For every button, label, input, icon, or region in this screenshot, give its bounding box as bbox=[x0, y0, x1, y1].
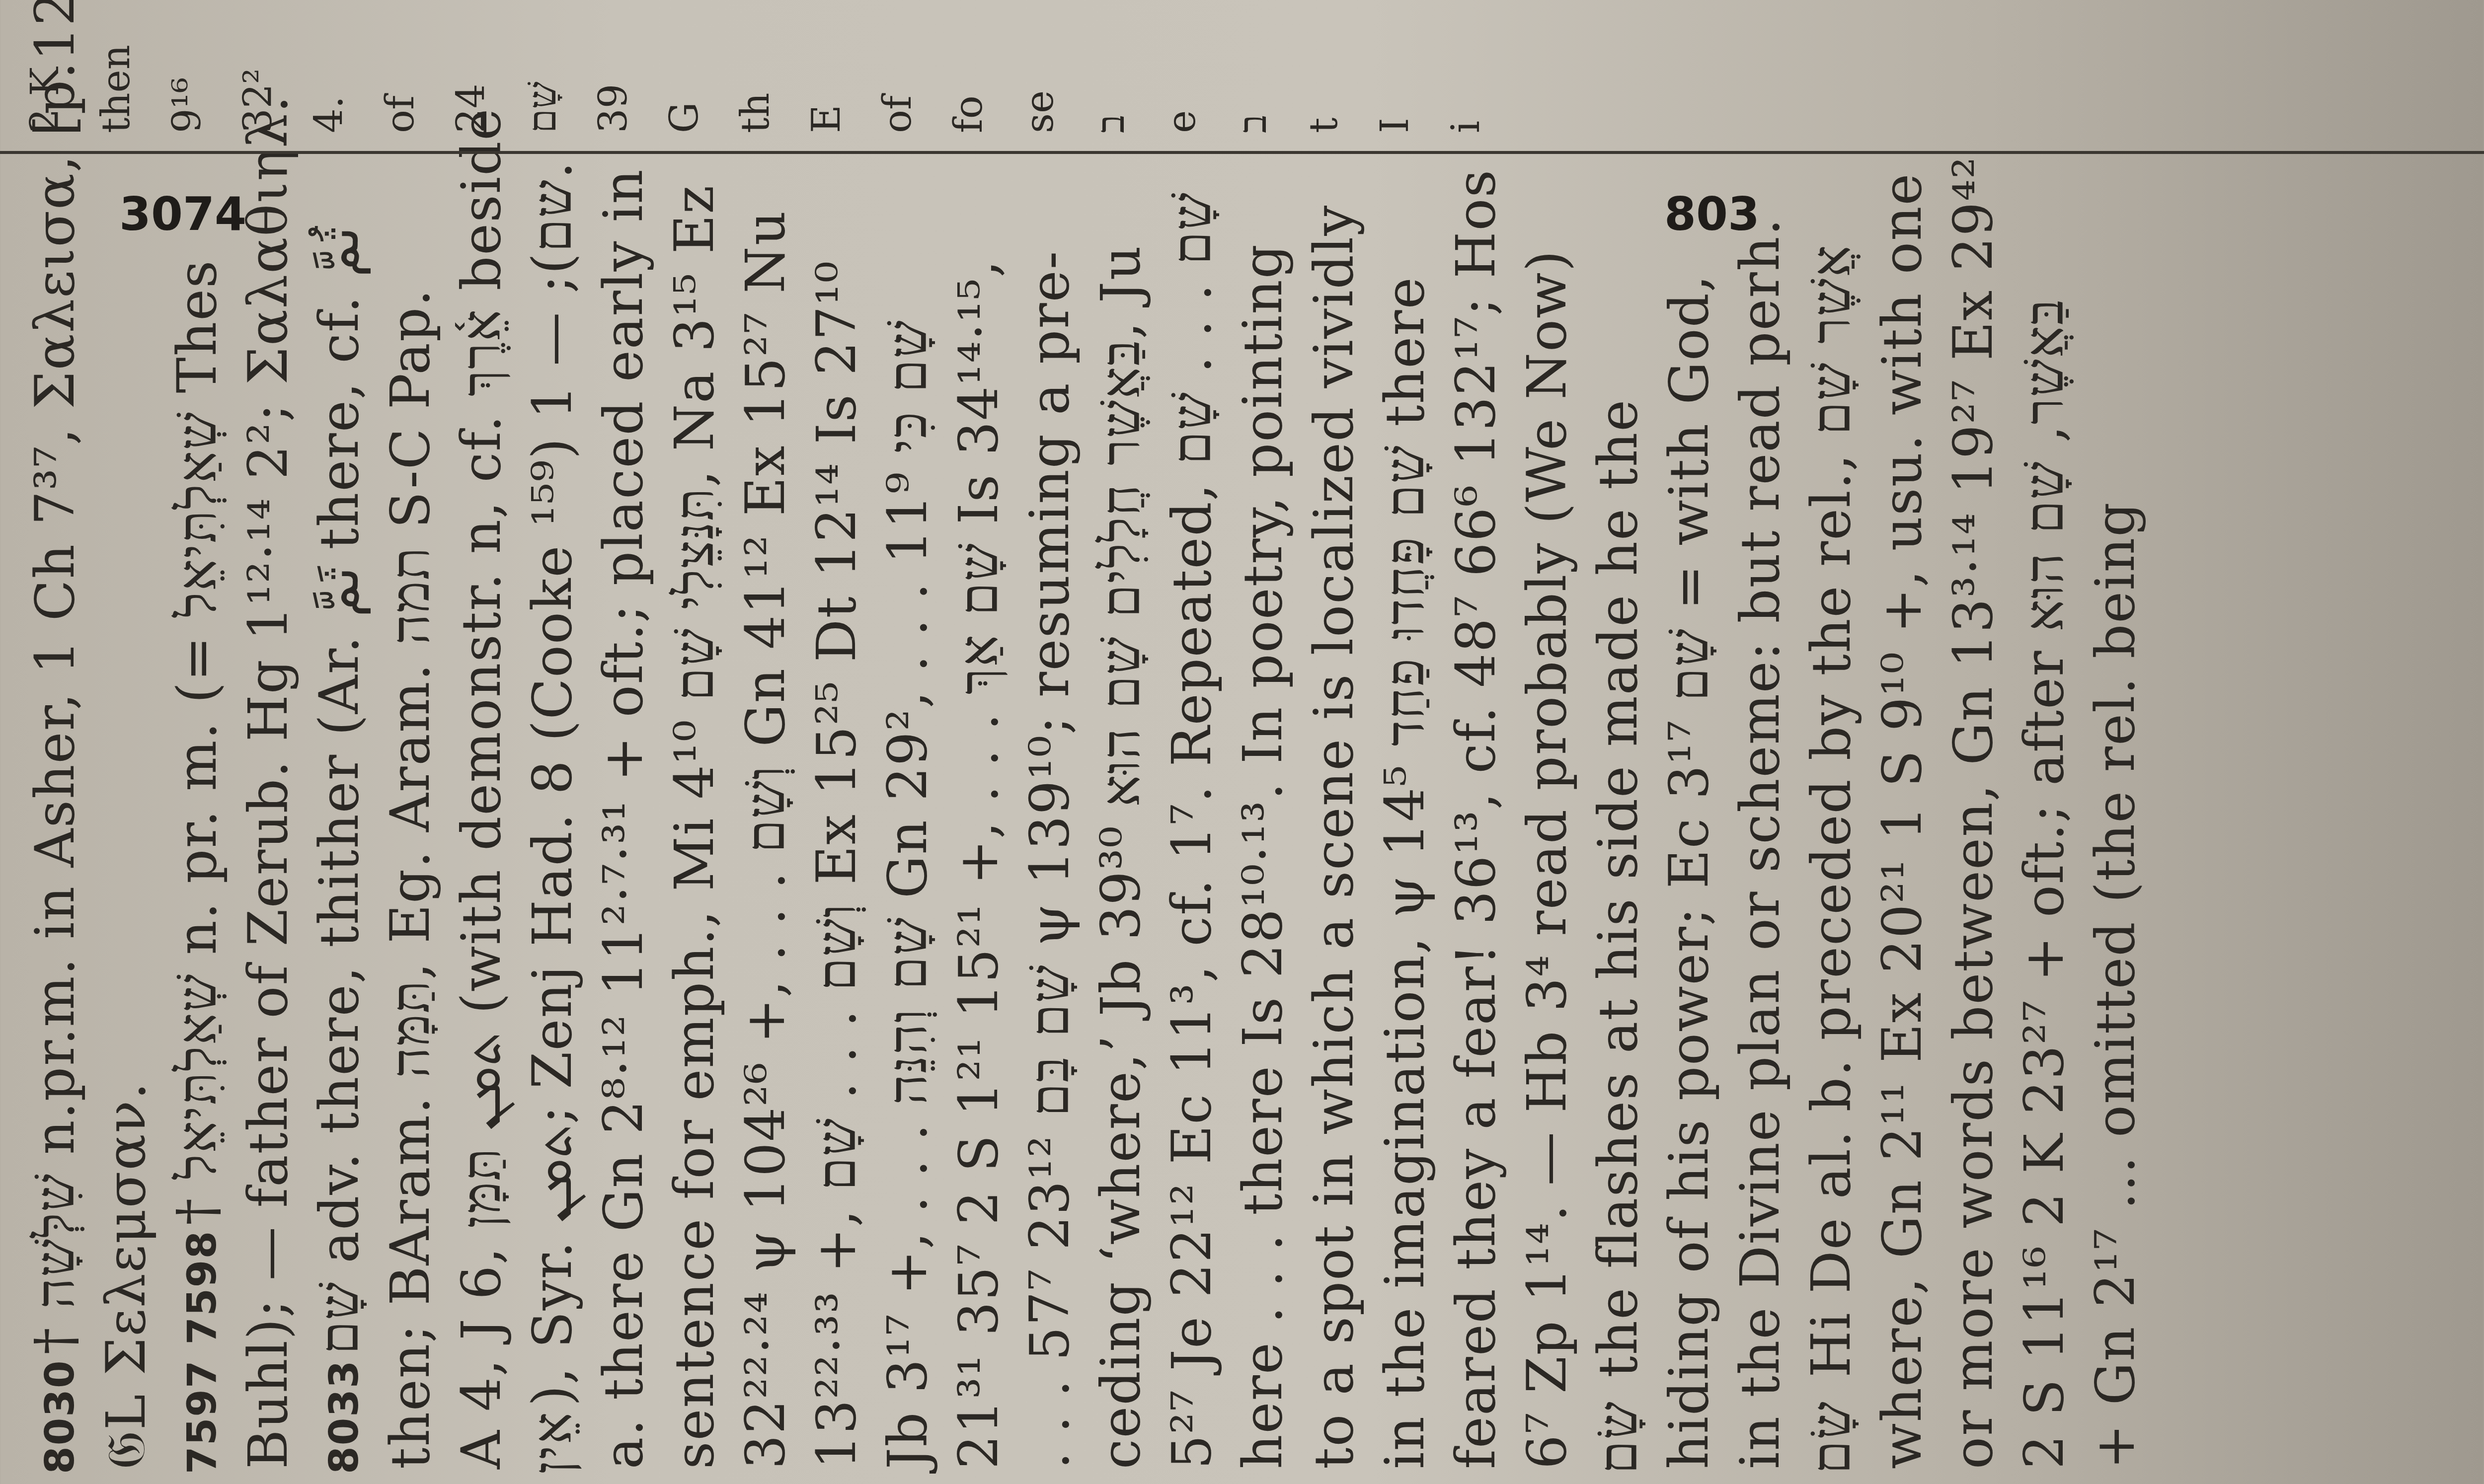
text-line: 2 S 11¹⁶ 2 K 23²⁷ + oft.; after בַּאֲשֶׁ… bbox=[2009, 163, 2080, 1474]
adjacent-column-fragment: 9¹⁶ bbox=[152, 0, 223, 133]
adjacent-column-fragment: of bbox=[365, 0, 436, 133]
adjacent-column-fragment: e bbox=[1147, 0, 1218, 133]
text-line: 𝔊L Σελεμσαν. bbox=[91, 163, 162, 1474]
line-text: 13²²·³³ +, וְשָׁם . . . שָׁם Ex 15²⁵ Dt … bbox=[806, 260, 868, 1469]
text-line: . . . שָׁם בָּם 23¹² 57⁷ ψ 139¹⁰; resumi… bbox=[1014, 163, 1086, 1474]
adjacent-column-fragment: 39 bbox=[578, 0, 649, 133]
line-text: in the Divine plan or scheme: but read p… bbox=[1729, 218, 1791, 1469]
text-line: שָׂם Hi De al. b. preceded by the rel., … bbox=[1796, 163, 1867, 1474]
column-marker-3074: 3074 bbox=[119, 188, 246, 241]
text-line: A 4, J 6, ܬܡܢ תַּמָּן (with demonstr. n,… bbox=[446, 163, 517, 1474]
line-text: שָׂם the flashes at his side made he the bbox=[1587, 399, 1649, 1474]
text-line: 8030† שִׁלְּשָׁה n.pr.m. in Asher, 1 Ch … bbox=[20, 163, 91, 1474]
adjacent-column-fragment: 32² bbox=[223, 0, 294, 133]
line-text: or more words between, Gn 13³·¹⁴ 19²⁷ Ex… bbox=[1942, 156, 2005, 1469]
text-line: hiding of his power; Ec 3¹⁷ שָׁם = with … bbox=[1654, 163, 1725, 1474]
line-text: to a spot in which a scene is localized … bbox=[1303, 205, 1365, 1469]
column-rule bbox=[0, 151, 2484, 154]
adjacent-column-fragment: I bbox=[1360, 0, 1431, 133]
line-text: . . . שָׁם בָּם 23¹² 57⁷ ψ 139¹⁰; resumi… bbox=[1019, 250, 1081, 1469]
adjacent-column-fragment: G bbox=[649, 0, 720, 133]
text-line: to a spot in which a scene is localized … bbox=[1299, 163, 1370, 1474]
adjacent-column-fragment: ב bbox=[1076, 0, 1147, 133]
line-text: + Gn 2¹⁷ ... omitted (the rel. being bbox=[2085, 502, 2147, 1469]
text-line: אֵין), Syr. ܬܡܢ; Zenj Had. 8 (Cooke ¹⁵⁹)… bbox=[517, 163, 588, 1474]
line-text: 32²²·²⁴ ψ 104²⁶ +, . . . וְשָׁם Gn 41¹² … bbox=[735, 210, 797, 1469]
text-line: שָׂם the flashes at his side made he the bbox=[1583, 163, 1654, 1474]
text-line: then; BAram. תַּמָּה, Eg. Aram. תמה S-C … bbox=[375, 163, 446, 1474]
text-line: 13²²·³³ +, וְשָׁם . . . שָׁם Ex 15²⁵ Dt … bbox=[801, 163, 872, 1474]
line-text: hiding of his power; Ec 3¹⁷ שָׁם = with … bbox=[1658, 274, 1720, 1469]
line-text: שָׁם adv. there, thither (Ar. ثَمَّ ther… bbox=[309, 226, 371, 1354]
line-text: then; BAram. תַּמָּה, Eg. Aram. תמה S-C … bbox=[380, 289, 442, 1469]
line-text: 21³¹ 35⁷ 2 S 1²¹ 15²¹ +, . . . שָׁם אַךְ… bbox=[948, 259, 1010, 1469]
adjacent-column-fragment: 2 K bbox=[10, 0, 81, 133]
adjacent-column-fragment: then bbox=[81, 0, 152, 133]
line-text: feared they a fear! 36¹³, cf. 48⁷ 66⁶ 13… bbox=[1445, 169, 1507, 1469]
adjacent-column-fragment: fo bbox=[933, 0, 1005, 133]
line-text: 6⁷ Zp 1¹⁴. — Hb 3⁴ read probably (We Now… bbox=[1516, 249, 1578, 1469]
line-text: 2 S 11¹⁶ 2 K 23²⁷ + oft.; after בַּאֲשֶׁ… bbox=[2014, 298, 2076, 1469]
line-text: here . . . there Is 28¹⁰·¹³. In poetry, … bbox=[1232, 243, 1294, 1469]
adjacent-column-fragment: se bbox=[1005, 0, 1076, 133]
text-line: Jb 3¹⁷ +, . . . שָׁם וְהִנֵּה Gn 29², . … bbox=[872, 163, 943, 1474]
text-line: 5²⁷ Je 22¹² Ec 11³, cf. 1⁷. Repeated, שָ… bbox=[1157, 163, 1228, 1474]
adjacent-column-fragment: E bbox=[791, 0, 862, 133]
line-text: where, Gn 2¹¹ Ex 20²¹ 1 S 9¹⁰ +, usu. wi… bbox=[1871, 173, 1934, 1469]
text-line: here . . . there Is 28¹⁰·¹³. In poetry, … bbox=[1228, 163, 1299, 1474]
line-text: 5²⁷ Je 22¹² Ec 11³, cf. 1⁷. Repeated, שָ… bbox=[1161, 192, 1223, 1469]
adjacent-column-fragment: שָׁם bbox=[507, 0, 578, 133]
line-text: A 4, J 6, ܬܡܢ תַּמָּן (with demonstr. n,… bbox=[451, 108, 513, 1469]
adjacent-column-fragment: 24 bbox=[436, 0, 507, 133]
line-text: † שְׁאַלְתִּיאֵל n. pr. m. (= שְׁאַלְתִּ… bbox=[166, 259, 229, 1225]
text-line: ceding ‘where,’ Jb 39³⁰ בַּאֲשֶׁר חֲלָלִ… bbox=[1086, 163, 1157, 1474]
text-line: 21³¹ 35⁷ 2 S 1²¹ 15²¹ +, . . . שָׁם אַךְ… bbox=[943, 163, 1014, 1474]
line-text: Jb 3¹⁷ +, . . . שָׁם וְהִנֵּה Gn 29², . … bbox=[877, 319, 939, 1469]
adjacent-column-fragment: i bbox=[1431, 0, 1502, 133]
text-line: sentence for emph., Mi 4¹⁰ תִּנָּצֵלִי ש… bbox=[659, 163, 730, 1474]
text-line: where, Gn 2¹¹ Ex 20²¹ 1 S 9¹⁰ +, usu. wi… bbox=[1867, 163, 1938, 1474]
text-line: in the imagination, ψ 14⁵ שָׁם פָּחֲדוּ … bbox=[1370, 163, 1441, 1474]
line-text: a. there Gn 2⁸·¹² 11²·⁷·³¹ + oft.; place… bbox=[593, 168, 655, 1469]
text-line: Buhl); — father of Zerub. Hg 1¹²·¹⁴ 2²; … bbox=[233, 163, 304, 1474]
text-line: 32²²·²⁴ ψ 104²⁶ +, . . . וְשָׁם Gn 41¹² … bbox=[730, 163, 801, 1474]
adjacent-column-fragment: t bbox=[1289, 0, 1360, 133]
line-text: שָׂם Hi De al. b. preceded by the rel., … bbox=[1800, 244, 1863, 1474]
text-line: a. there Gn 2⁸·¹² 11²·⁷·³¹ + oft.; place… bbox=[588, 163, 659, 1474]
adjacent-column-fragment: th bbox=[720, 0, 791, 133]
text-line: or more words between, Gn 13³·¹⁴ 19²⁷ Ex… bbox=[1938, 163, 2009, 1474]
column-marker-803: 803 bbox=[1664, 188, 1760, 241]
text-line: in the Divine plan or scheme: but read p… bbox=[1725, 163, 1796, 1474]
entry-number: 8030 bbox=[37, 1359, 83, 1474]
lexicon-page: 8030† שִׁלְּשָׁה n.pr.m. in Asher, 1 Ch … bbox=[0, 0, 2484, 1484]
line-text: sentence for emph., Mi 4¹⁰ תִּנָּצֵלִי ש… bbox=[664, 185, 726, 1469]
text-line: 7597 7598† שְׁאַלְתִּיאֵל n. pr. m. (= ש… bbox=[162, 163, 233, 1474]
adjacent-column-fragment: ב bbox=[1218, 0, 1289, 133]
text-line: 8033שָׁם adv. there, thither (Ar. ثَمَّ … bbox=[304, 163, 375, 1474]
text-line: 6⁷ Zp 1¹⁴. — Hb 3⁴ read probably (We Now… bbox=[1512, 163, 1583, 1474]
entry-number: 7597 7598 bbox=[179, 1230, 225, 1474]
line-text: Buhl); — father of Zerub. Hg 1¹²·¹⁴ 2²; … bbox=[237, 95, 300, 1469]
main-column: 8030† שִׁלְּשָׁה n.pr.m. in Asher, 1 Ch … bbox=[20, 163, 2484, 1474]
adjacent-column: 2 Kthen9¹⁶32²4.of24שָׁם39GthEoffoseבeבtI… bbox=[10, 0, 2484, 133]
line-text: † שִׁלְּשָׁה n.pr.m. in Asher, 1 Ch 7³⁷,… bbox=[24, 0, 86, 1354]
text-line: feared they a fear! 36¹³, cf. 48⁷ 66⁶ 13… bbox=[1441, 163, 1512, 1474]
line-text: in the imagination, ψ 14⁵ שָׁם פָּחֲדוּ … bbox=[1374, 276, 1436, 1469]
line-text: ceding ‘where,’ Jb 39³⁰ בַּאֲשֶׁר חֲלָלִ… bbox=[1090, 245, 1152, 1469]
adjacent-column-fragment: 4. bbox=[294, 0, 365, 133]
line-text: 𝔊L Σελεμσαν. bbox=[95, 1082, 157, 1469]
line-text: אֵין), Syr. ܬܡܢ; Zenj Had. 8 (Cooke ¹⁵⁹)… bbox=[522, 161, 584, 1474]
text-line: + Gn 2¹⁷ ... omitted (the rel. being bbox=[2080, 163, 2151, 1474]
adjacent-column-fragment: of bbox=[862, 0, 933, 133]
entry-number: 8033 bbox=[321, 1359, 367, 1474]
